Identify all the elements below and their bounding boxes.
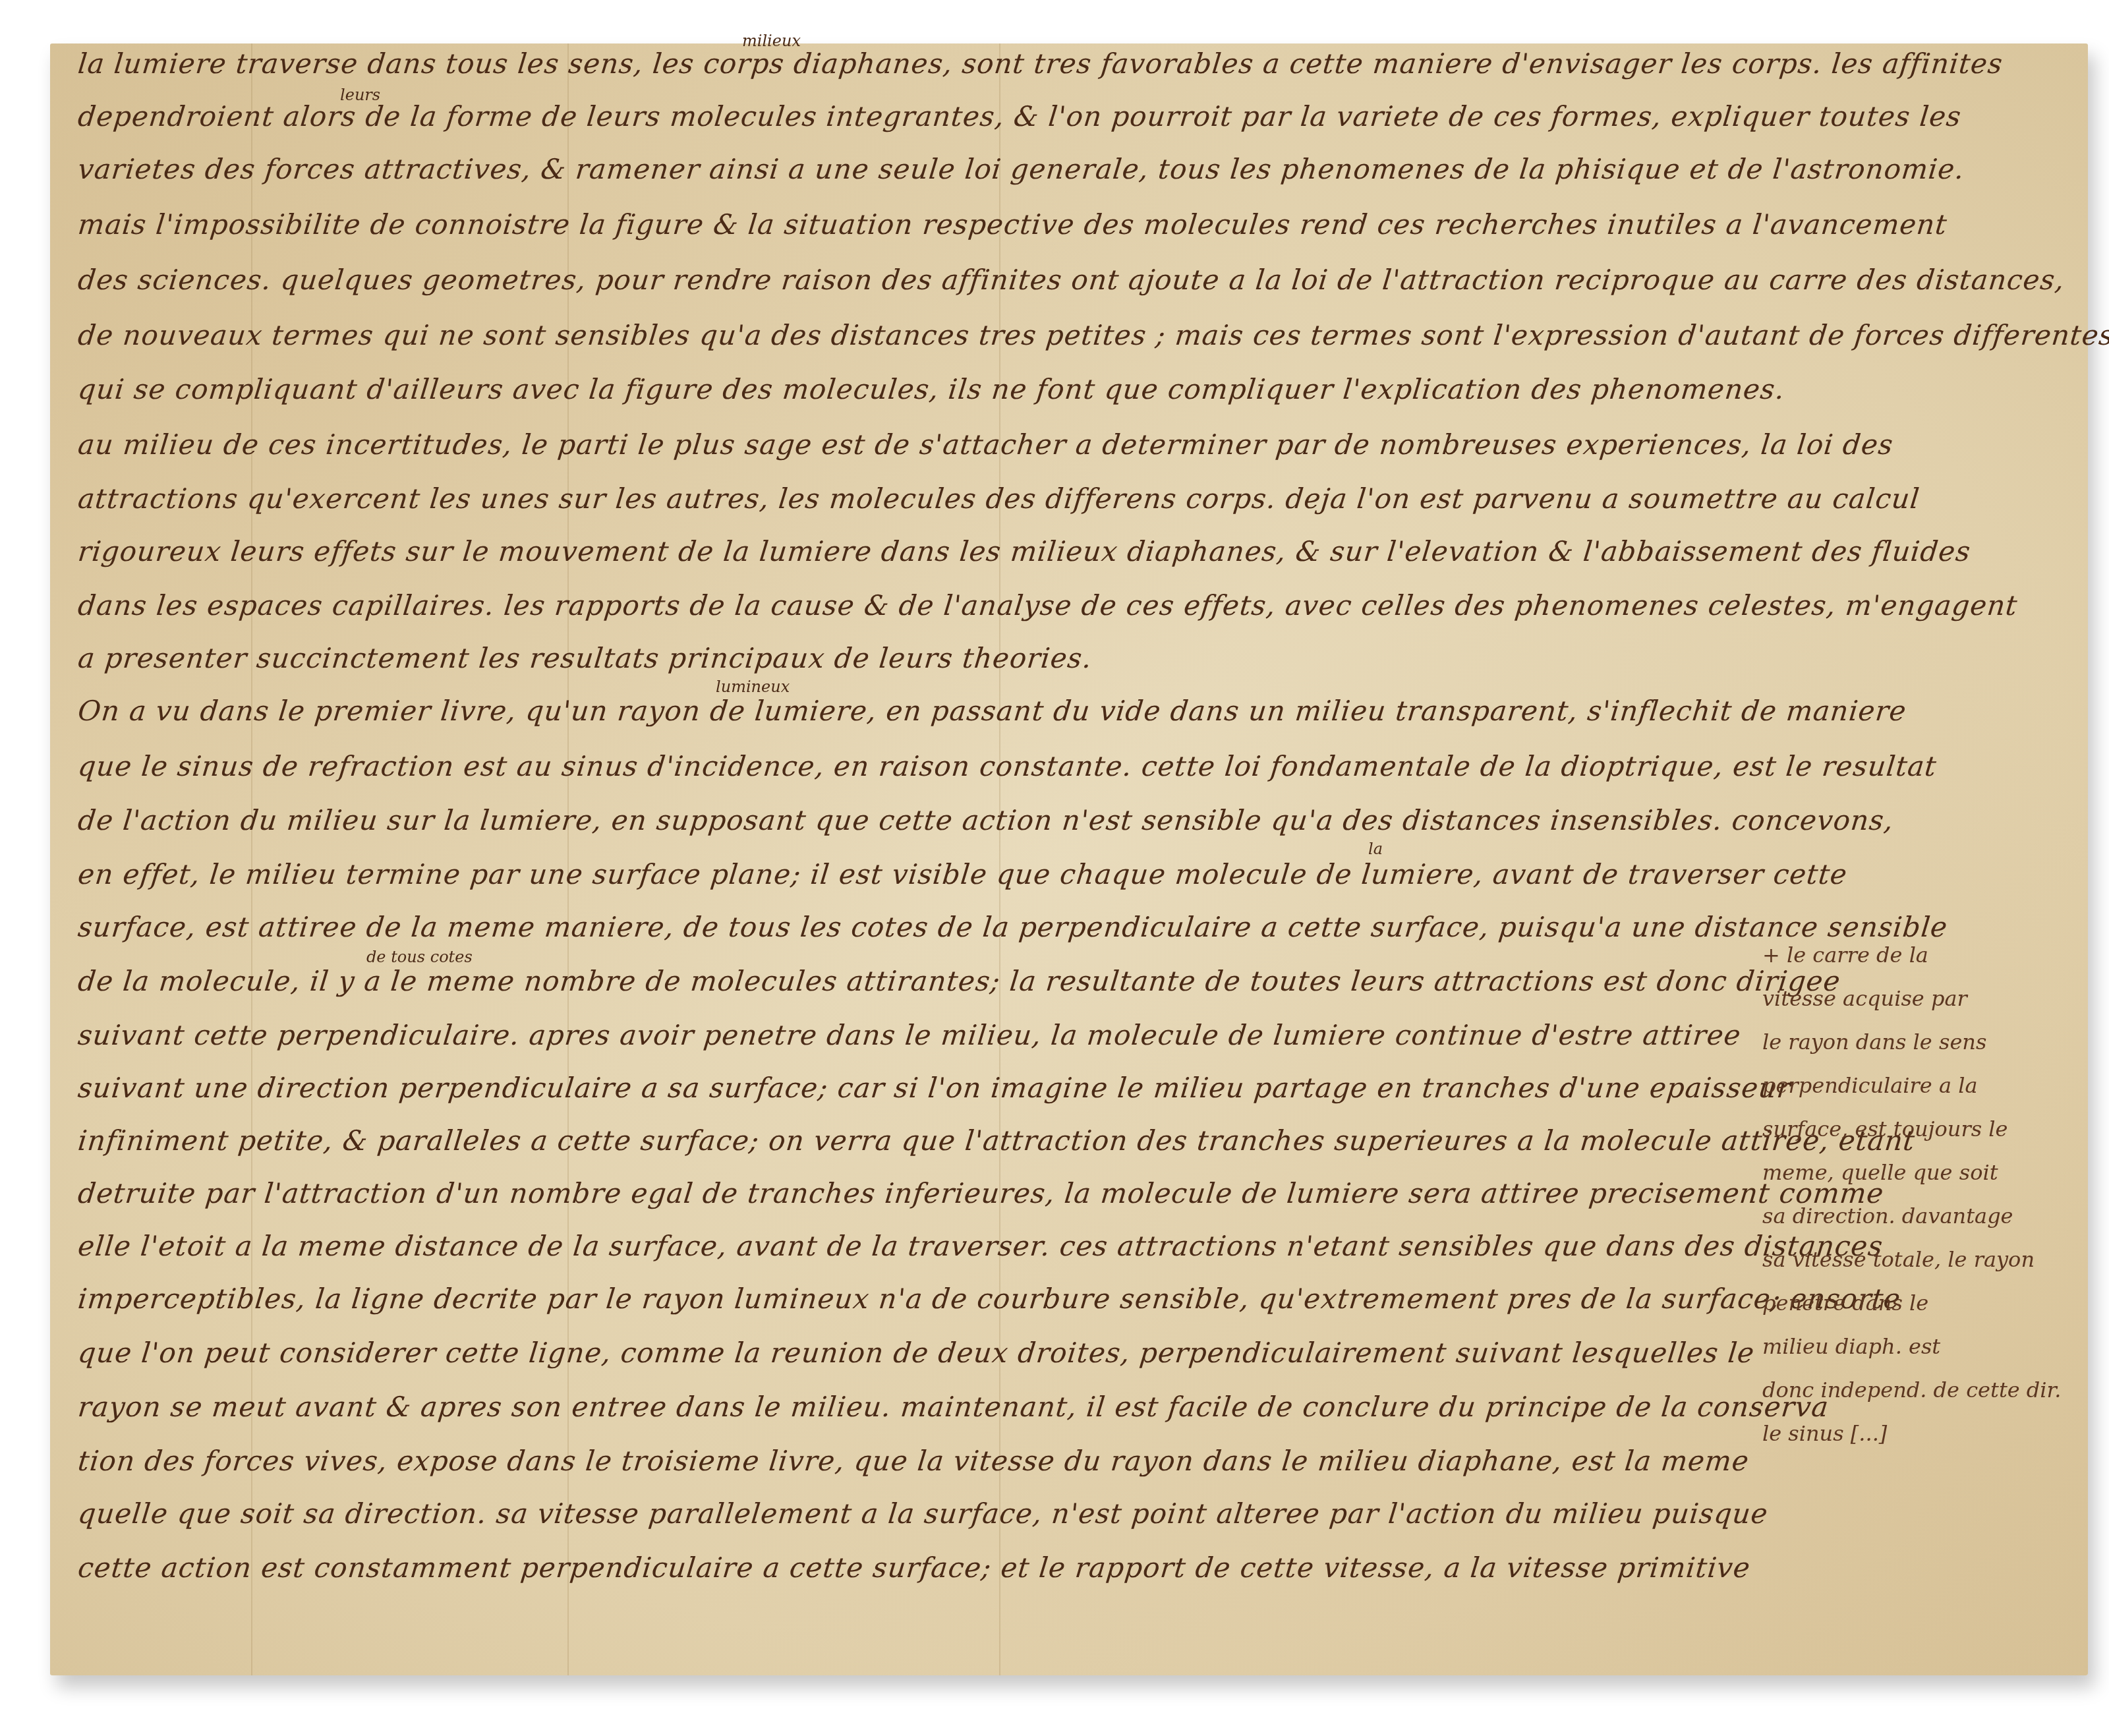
text-line: infiniment petite, & paralleles a cette … [76, 1124, 1917, 1157]
interlinear-insertion: lumineux [716, 678, 790, 696]
margin-line: sa direction. davantage [1762, 1194, 2052, 1238]
text-line: suivant cette perpendiculaire. apres avo… [76, 1019, 1743, 1051]
text-line: que l'on peut considerer cette ligne, co… [76, 1337, 1756, 1369]
text-line: a presenter succinctement les resultats … [76, 642, 1093, 674]
text-line: quelle que soit sa direction. sa vitesse… [76, 1497, 1770, 1530]
text-line: en effet, le milieu termine par une surf… [76, 858, 1849, 890]
text-line: la lumiere traverse dans tous les sens, … [76, 47, 2004, 80]
text-line: suivant une direction perpendiculaire a … [76, 1072, 1793, 1104]
text-line: des sciences. quelques geometres, pour r… [76, 264, 2066, 296]
margin-line: vitesse acquise par [1762, 977, 2052, 1020]
text-line: de nouveaux termes qui ne sont sensibles… [76, 319, 2109, 351]
margin-line: meme, quelle que soit [1762, 1151, 2052, 1194]
text-line: qui se compliquant d'ailleurs avec la fi… [76, 373, 1787, 405]
text-line: de l'action du milieu sur la lumiere, en… [76, 804, 1895, 836]
text-line: rayon se meut avant & apres son entree d… [76, 1391, 1830, 1423]
text-line: tion des forces vives, expose dans le tr… [76, 1445, 1750, 1477]
margin-line: le rayon dans le sens [1762, 1020, 2052, 1064]
manuscript-page: la lumiere traverse dans tous les sens, … [50, 43, 2088, 1675]
text-line: imperceptibles, la ligne decrite par le … [76, 1283, 1903, 1315]
text-line: attractions qu'exercent les unes sur les… [76, 482, 1921, 515]
marginal-note: + le carre de la vitesse acquise par le … [1762, 933, 2052, 1455]
interlinear-insertion: milieux [742, 32, 801, 50]
text-line: que le sinus de refraction est au sinus … [76, 750, 1938, 782]
text-line: cette action est constamment perpendicul… [76, 1551, 1752, 1584]
text-line: detruite par l'attraction d'un nombre eg… [76, 1177, 1886, 1209]
interlinear-insertion: de tous cotes [366, 948, 473, 966]
interlinear-insertion: leurs [340, 86, 380, 104]
interlinear-insertion: la [1368, 840, 1383, 858]
margin-line: + le carre de la [1762, 933, 2052, 977]
text-line: varietes des forces attractives, & ramen… [76, 153, 1966, 185]
margin-line: sa vitesse totale, le rayon [1762, 1238, 2052, 1281]
margin-line: le sinus [...] [1762, 1412, 2052, 1455]
text-line: surface, est attiree de la meme maniere,… [76, 911, 1950, 943]
text-line: elle l'etoit a la meme distance de la su… [76, 1230, 1885, 1262]
margin-line: surface, est toujours le [1762, 1107, 2052, 1151]
margin-line: milieu diaph. est [1762, 1325, 2052, 1368]
text-line: mais l'impossibilite de connoistre la fi… [76, 208, 1949, 241]
text-line: de la molecule, il y a le meme nombre de… [76, 965, 1842, 997]
text-line: au milieu de ces incertitudes, le parti … [76, 428, 1895, 461]
margin-line: penetre dans le [1762, 1281, 2052, 1325]
text-line: On a vu dans le premier livre, qu'un ray… [76, 695, 1908, 727]
text-line: rigoureux leurs effets sur le mouvement … [76, 535, 1973, 567]
margin-line: perpendiculaire a la [1762, 1064, 2052, 1107]
text-line: dans les espaces capillaires. les rappor… [76, 589, 2019, 622]
text-line: dependroient alors de la forme de leurs … [76, 100, 1963, 132]
margin-line: donc independ. de cette dir. [1762, 1368, 2052, 1412]
